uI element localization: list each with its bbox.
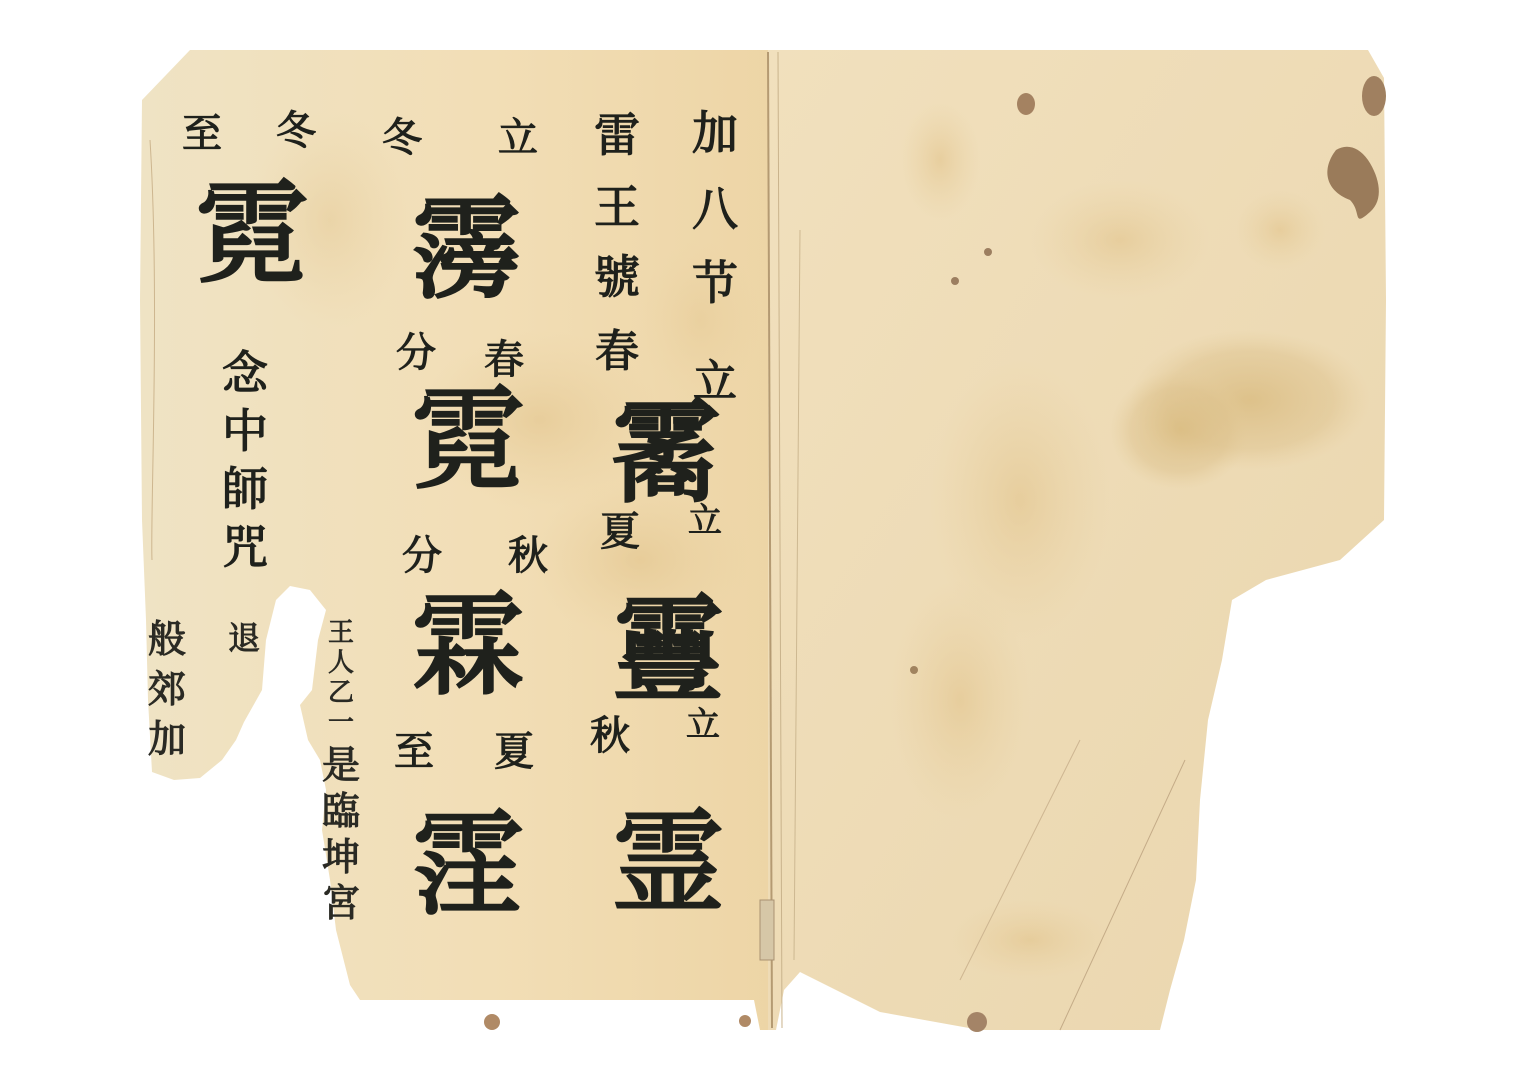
talisman-char-qiu-fen: 霖 bbox=[412, 590, 524, 702]
label-chun-fen: 分 春 bbox=[396, 326, 524, 380]
fragment-char: 臨 bbox=[322, 792, 360, 830]
talisman-char-li-qiu: 霊 bbox=[612, 808, 724, 920]
heading-char: 八 bbox=[692, 186, 738, 232]
label-dong: 冬 bbox=[276, 111, 316, 151]
title-char: 號 bbox=[594, 254, 640, 300]
title-char: 雷 bbox=[594, 112, 640, 158]
incantation-char: 咒 bbox=[222, 524, 268, 570]
fragment-char: 般 bbox=[148, 620, 186, 658]
talisman-column-middle: 霶 bbox=[410, 194, 522, 306]
label-qiu: 秋 bbox=[590, 716, 630, 756]
talisman-char-li-xia: 靊 bbox=[612, 596, 724, 708]
label-li-dong: 冬 立 bbox=[382, 118, 538, 158]
label-fen: 分 bbox=[396, 333, 436, 373]
heading-char: 节 bbox=[692, 260, 738, 306]
label-zhi: 至 bbox=[182, 114, 222, 154]
label-xia: 夏 bbox=[600, 512, 640, 552]
incantation-char: 師 bbox=[222, 466, 268, 512]
fragment-column: 王 人 乙 一 是 臨 坤 宮 bbox=[322, 620, 360, 922]
fragment-column: 退 bbox=[228, 622, 260, 654]
fragment-column: 般 郊 加 bbox=[148, 620, 186, 758]
talisman-char-xia-zhi: 霔 bbox=[412, 810, 524, 922]
label-li: 立 bbox=[688, 504, 722, 538]
fragment-char: 王 bbox=[328, 620, 354, 646]
label-qiu-fen: 分 秋 bbox=[402, 536, 548, 576]
incantation-char: 念 bbox=[222, 350, 268, 396]
label-zhi: 至 bbox=[394, 732, 434, 772]
label-li: 立 bbox=[686, 708, 720, 742]
fragment-char: 加 bbox=[148, 720, 186, 758]
title-column: 雷 王 號 春 bbox=[594, 112, 640, 396]
incantation-column: 念 中 師 咒 bbox=[222, 350, 268, 570]
fragment-char: 乙 bbox=[328, 680, 354, 706]
fragment-char: 坤 bbox=[322, 838, 360, 876]
heading-char: 加 bbox=[692, 110, 738, 156]
talisman-column-right-3: 霊 bbox=[612, 808, 724, 920]
fragment-char: 退 bbox=[228, 622, 260, 654]
label-li: 立 bbox=[498, 118, 538, 158]
label-dong-zhi: 至 冬 bbox=[182, 114, 316, 154]
talisman-column-middle-2: 霓 bbox=[412, 384, 524, 496]
label-chun: 春 bbox=[595, 330, 639, 374]
dark-stain bbox=[1017, 93, 1035, 115]
talisman-column-middle-4: 霔 bbox=[412, 810, 524, 922]
label-xia-zhi: 至 夏 bbox=[394, 732, 534, 772]
label-xia: 夏 bbox=[494, 732, 534, 772]
incantation-char: 中 bbox=[222, 408, 268, 454]
talisman-char-chun-fen: 霓 bbox=[412, 384, 524, 496]
manuscript-scan: 加 八 节 立 雷 王 號 春 霱 夏 立 靊 秋 立 霊 冬 立 霶 分 春 … bbox=[0, 0, 1528, 1080]
fragment-char: 一 bbox=[328, 710, 354, 736]
talisman-char-li-dong: 霶 bbox=[410, 194, 522, 306]
label-li-xia: 夏 立 bbox=[600, 512, 722, 552]
binding-thread bbox=[760, 900, 774, 960]
talisman-char-li-chun: 霱 bbox=[610, 398, 722, 510]
talisman-char-dong-zhi: 霓 bbox=[196, 178, 308, 290]
fragment-char: 人 bbox=[328, 650, 354, 676]
talisman-column-right-2: 靊 bbox=[612, 596, 724, 708]
fragment-char: 郊 bbox=[148, 670, 186, 708]
label-qiu: 秋 bbox=[508, 536, 548, 576]
fragment-char: 是 bbox=[322, 746, 360, 784]
talisman-column-middle-3: 霖 bbox=[412, 590, 524, 702]
label-li-qiu: 秋 立 bbox=[590, 716, 720, 756]
heading-column: 加 八 节 立 bbox=[692, 110, 738, 426]
talisman-column-left: 霓 bbox=[196, 178, 308, 290]
fragment-char: 宮 bbox=[322, 884, 360, 922]
title-char: 王 bbox=[594, 184, 640, 230]
label-dong: 冬 bbox=[382, 118, 422, 158]
label-fen: 分 bbox=[402, 536, 442, 576]
dark-stain bbox=[1362, 76, 1386, 116]
